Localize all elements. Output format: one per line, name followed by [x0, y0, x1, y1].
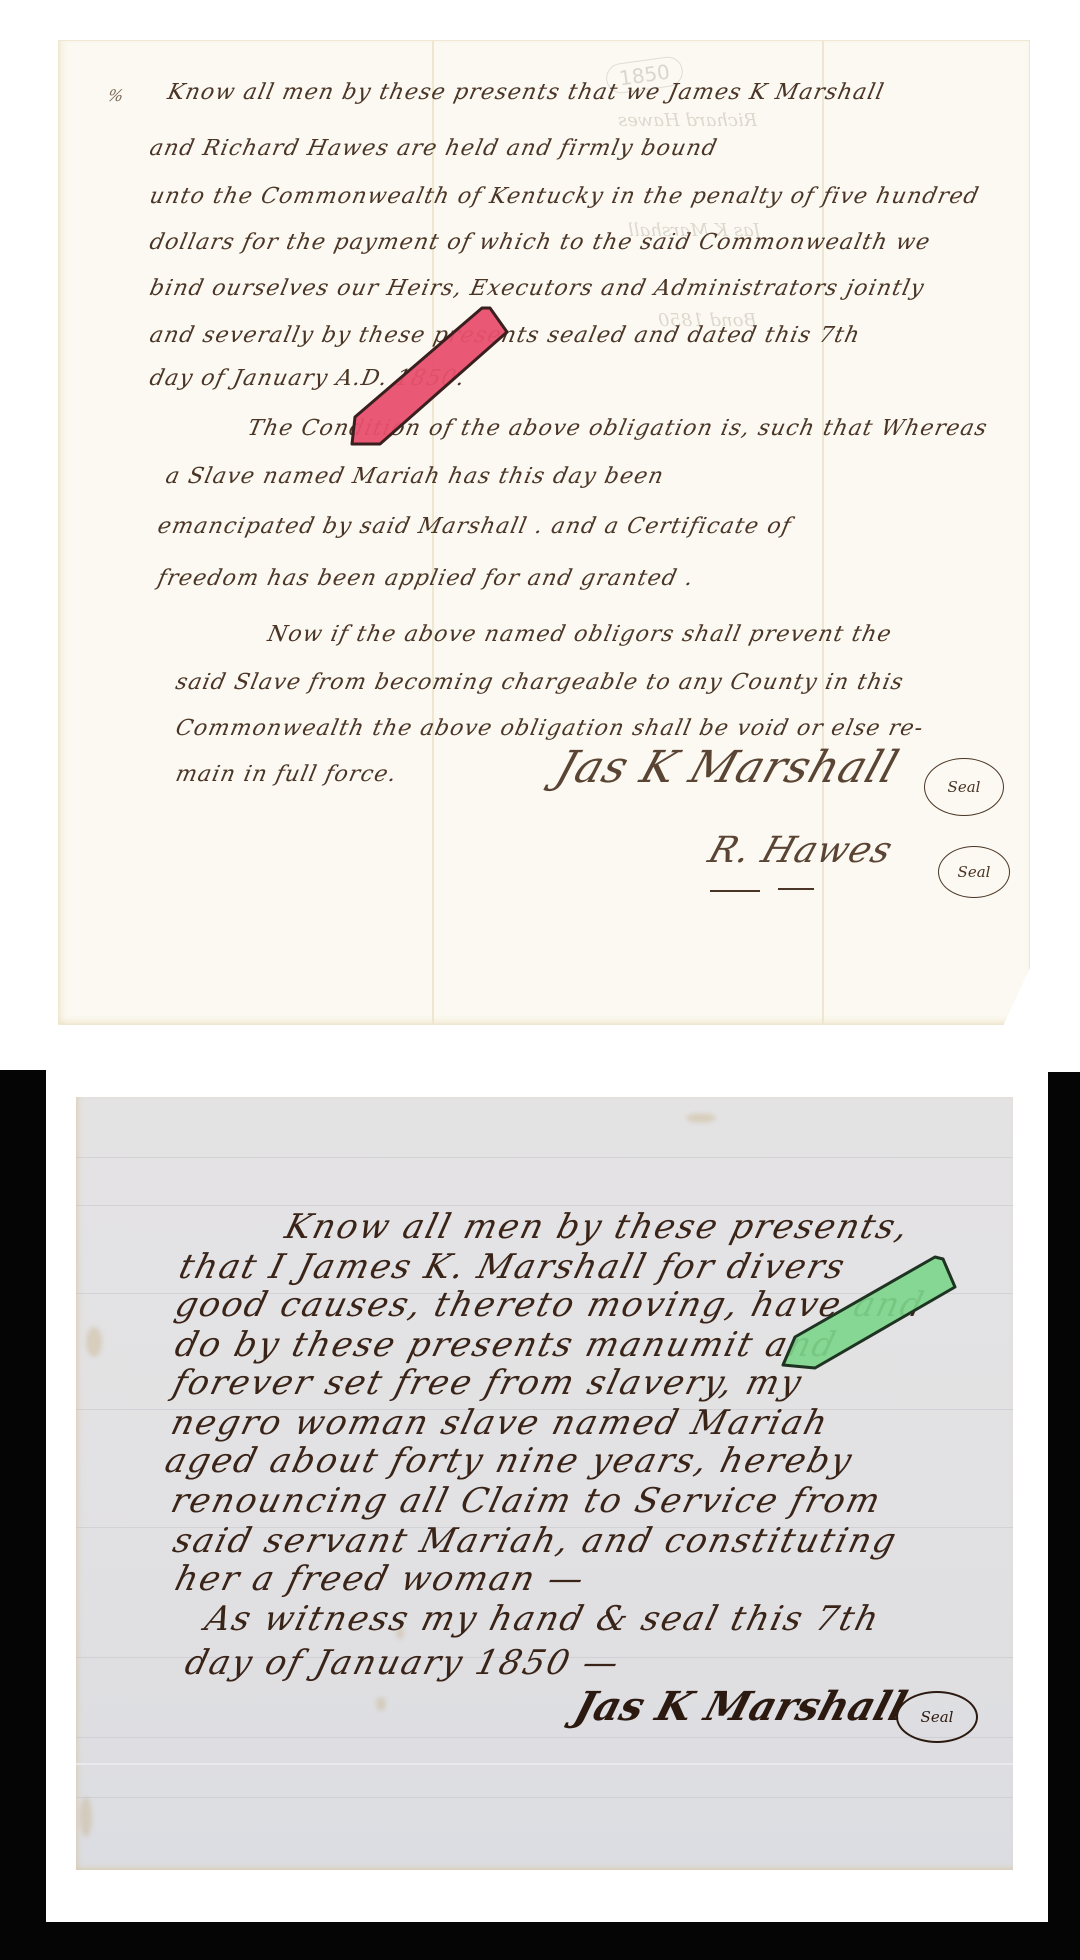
- signature-marshall: Jas K Marshall: [569, 1683, 912, 1730]
- bond-line: and severally by these presents sealed a…: [147, 323, 862, 348]
- black-border-left: [0, 1070, 46, 1960]
- foxing-stain: [80, 1797, 92, 1837]
- deed-line: negro woman slave named Mariah: [167, 1403, 833, 1443]
- bond-line: The Condition of the above obligation is…: [245, 416, 990, 441]
- deed-line: forever set free from slavery, my: [169, 1363, 807, 1403]
- seal-marshall: Seal: [896, 1691, 978, 1743]
- deed-line: renouncing all Claim to Service from: [167, 1481, 886, 1521]
- deed-line: that I James K. Marshall for divers: [175, 1247, 850, 1287]
- deed-line: day of January 1850 —: [181, 1643, 624, 1683]
- deed-line: said servant Mariah, and constituting: [169, 1521, 902, 1561]
- signature-hawes: R. Hawes: [703, 830, 898, 871]
- seal-hawes: Seal: [938, 846, 1010, 898]
- document-2-manumission: Know all men by these presents, that I J…: [76, 1097, 1013, 1870]
- bond-line: emancipated by said Marshall . and a Cer…: [155, 514, 794, 539]
- black-border-right: [1048, 1072, 1080, 1960]
- bond-line: dollars for the payment of which to the …: [147, 230, 933, 255]
- bond-line: Now if the above named obligors shall pr…: [265, 622, 894, 647]
- ink-bleed-through: Richard Hawes: [618, 110, 757, 131]
- signature-marshall: Jas K Marshall: [550, 742, 905, 793]
- seal-marshall: Seal: [924, 758, 1004, 816]
- foxing-stain: [376, 1697, 386, 1711]
- signature-underline: [778, 888, 814, 890]
- bond-line: said Slave from becoming chargeable to a…: [173, 670, 906, 695]
- bond-line: unto the Commonwealth of Kentucky in the…: [147, 184, 981, 209]
- foxing-stain: [686, 1113, 716, 1123]
- deed-line: Know all men by these presents,: [281, 1207, 914, 1247]
- black-border-bottom: [0, 1922, 1080, 1960]
- bond-line: a Slave named Mariah has this day been: [163, 464, 666, 489]
- document-1-bond: 1850 Richard Hawes Jas K Marshall Bond 1…: [58, 40, 1030, 1025]
- deed-line: As witness my hand & seal this 7th: [201, 1599, 885, 1639]
- paper-fold-line: [76, 1763, 1013, 1765]
- bond-line: bind ourselves our Heirs, Executors and …: [147, 276, 927, 301]
- paper-rule: [76, 1797, 1013, 1798]
- paper-rule: [76, 1737, 1013, 1738]
- deed-line: her a freed woman —: [171, 1559, 590, 1599]
- deed-line: good causes, thereto moving, have and: [171, 1285, 929, 1325]
- bond-line: Know all men by these presents that we J…: [165, 80, 886, 105]
- bond-line: day of January A.D. 1850.: [147, 366, 467, 391]
- margin-mark: %: [106, 86, 126, 105]
- bond-line: and Richard Hawes are held and firmly bo…: [147, 136, 720, 161]
- signature-underline: [710, 890, 760, 892]
- deed-line: do by these presents manumit and: [171, 1325, 841, 1365]
- bond-line: main in full force.: [173, 762, 399, 787]
- deed-line: aged about forty nine years, hereby: [161, 1441, 857, 1481]
- bond-line: Commonwealth the above obligation shall …: [173, 716, 926, 741]
- bond-line: freedom has been applied for and granted…: [155, 566, 696, 591]
- paper-rule: [76, 1205, 1013, 1206]
- paper-rule: [76, 1157, 1013, 1158]
- torn-corner: [1003, 966, 1031, 1026]
- foxing-stain: [86, 1327, 102, 1357]
